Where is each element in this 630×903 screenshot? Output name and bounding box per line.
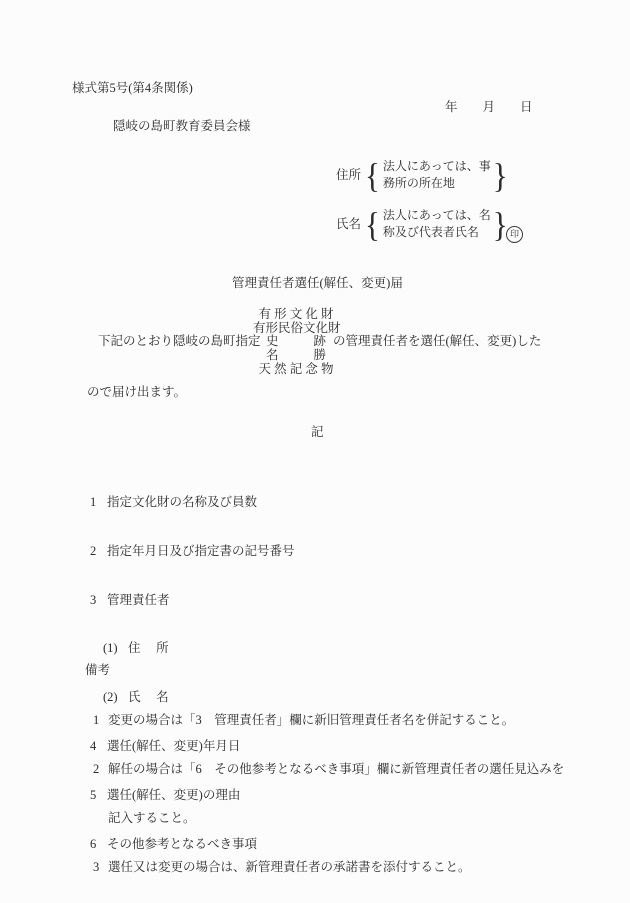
list-subitem: (1)住 所 bbox=[103, 638, 295, 659]
type-natural-monument: 天 然 記 念 物 bbox=[253, 362, 339, 376]
address-note: 法人にあっては、事 務所の所在地 bbox=[383, 158, 491, 192]
date-year-label: 年 bbox=[445, 100, 458, 114]
list-item: 1指定文化財の名称及び員数 bbox=[90, 492, 295, 513]
remark-note: 2解任の場合は「6 その他参考となるべき事項」欄に新管理責任者の選任見込みを bbox=[93, 759, 564, 780]
address-label: 住所 bbox=[336, 168, 361, 182]
document-title: 管理責任者選任(解任、変更)届 bbox=[232, 276, 403, 290]
type-scenic-spot: 名勝 bbox=[253, 348, 339, 362]
date-month-label: 月 bbox=[483, 100, 496, 114]
ki-heading: 記 bbox=[311, 425, 324, 439]
date-line: 年 月 日 bbox=[445, 100, 533, 114]
name-note: 法人にあっては、名 称及び代表者氏名 bbox=[383, 207, 491, 241]
remarks-heading: 備考 bbox=[85, 663, 110, 677]
list-item: 2指定年月日及び指定書の記号番号 bbox=[90, 541, 295, 562]
name-block: 氏名 { 法人にあっては、名 称及び代表者氏名 } bbox=[336, 207, 508, 241]
address-note-line1: 法人にあっては、事 bbox=[383, 158, 491, 175]
list-item: 3管理責任者 bbox=[90, 590, 295, 611]
type-tangible-folk-cultural-property: 有形民俗文化財 bbox=[253, 321, 339, 335]
body-sentence-left: 下記のとおり隠岐の島町指定 bbox=[98, 334, 261, 348]
remark-note-continuation: 記入すること。 bbox=[93, 808, 564, 829]
address-block: 住所 { 法人にあっては、事 務所の所在地 } bbox=[336, 158, 508, 192]
body-sentence-right: の管理責任者を選任(解任、変更)した bbox=[333, 334, 541, 348]
form-number: 様式第5号(第4条関係) bbox=[72, 81, 193, 95]
type-tangible-cultural-property: 有 形 文 化 財 bbox=[253, 307, 339, 321]
recipient-line: 隠岐の島町教育委員会様 bbox=[113, 119, 251, 133]
remark-note: 1変更の場合は「3 管理責任者」欄に新旧管理責任者名を併記すること。 bbox=[93, 710, 564, 731]
address-note-line2: 務所の所在地 bbox=[383, 175, 491, 192]
name-open-brace: { bbox=[365, 207, 380, 242]
address-close-brace: } bbox=[493, 158, 508, 193]
name-label: 氏名 bbox=[336, 217, 361, 231]
document-page: 様式第5号(第4条関係) 年 月 日 隠岐の島町教育委員会様 住所 { 法人にあ… bbox=[0, 0, 630, 903]
remark-note: 3選任又は変更の場合は、新管理責任者の承諾書を添付すること。 bbox=[93, 857, 564, 878]
name-note-line1: 法人にあっては、名 bbox=[383, 207, 491, 224]
remarks-notes: 1変更の場合は「3 管理責任者」欄に新旧管理責任者名を併記すること。 2解任の場… bbox=[93, 682, 564, 903]
address-open-brace: { bbox=[365, 158, 380, 193]
body-sentence-end: ので届け出ます。 bbox=[87, 385, 186, 399]
seal-mark-icon: 印 bbox=[506, 226, 523, 243]
name-note-line2: 称及び代表者氏名 bbox=[383, 224, 491, 241]
date-day-label: 日 bbox=[520, 100, 533, 114]
type-historic-site: 史跡 bbox=[253, 334, 339, 348]
